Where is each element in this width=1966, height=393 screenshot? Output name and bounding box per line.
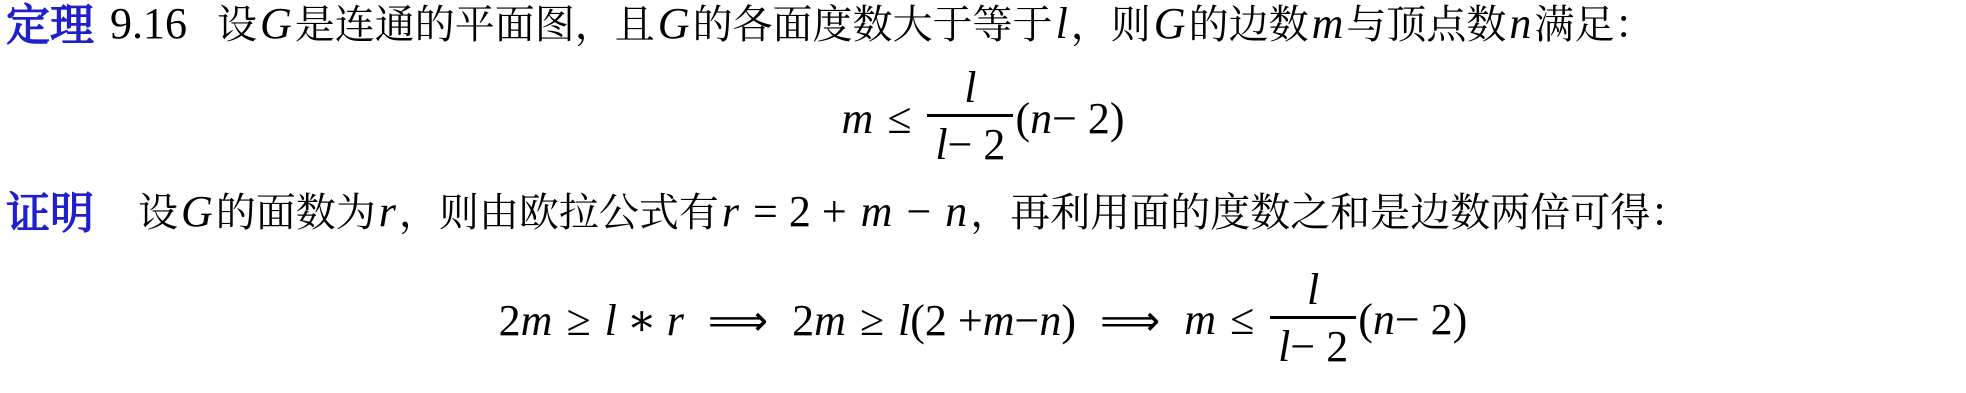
den-rest: − 2 xyxy=(1290,323,1348,371)
text-segment-math: m xyxy=(1309,0,1347,48)
var-r: r xyxy=(667,295,684,346)
formula-var-m: m xyxy=(841,93,873,144)
implies-arrow: ⟹ xyxy=(1100,296,1160,345)
text-segment-cn: ，则由欧拉公式有 xyxy=(399,190,719,235)
fraction: l l − 2 xyxy=(927,66,1013,169)
text-segment-op: − xyxy=(895,187,942,236)
text-segment-math: l xyxy=(1053,0,1071,48)
den-var: l xyxy=(1278,323,1290,371)
var-l: l xyxy=(605,295,617,346)
proof-step-1: 2m ≥ l ∗ r xyxy=(499,295,684,346)
proof-display-formula: 2m ≥ l ∗ r ⟹ 2m ≥ l(2 + m − n) ⟹ m ≤ l l… xyxy=(0,250,1966,390)
fraction-denominator: l − 2 xyxy=(1270,316,1356,371)
text-segment-cn: 的各面度数大于等于 xyxy=(693,2,1053,47)
theorem-statement-line: 定理9.16设G是连通的平面图，且G的各面度数大于等于l，则G的边数m与顶点数n… xyxy=(6,0,1960,52)
proof-step-3: m ≤ l l − 2 ( n − 2) xyxy=(1184,268,1467,371)
theorem-display-formula: m ≤ l l − 2 ( n − 2) xyxy=(0,58,1966,178)
text-segment-math: r xyxy=(719,187,742,236)
den-rest: − 2 xyxy=(948,121,1006,169)
text-segment-cn: 满足： xyxy=(1534,2,1654,47)
proof-text: 设G的面数为r，则由欧拉公式有r = 2 + m − n，再利用面的度数之和是边… xyxy=(138,190,1690,235)
proof-step-2: 2m ≥ l(2 + m − n) xyxy=(792,295,1076,346)
var-m: m xyxy=(521,295,553,346)
text-segment-math: G xyxy=(1151,0,1189,48)
var-n: n xyxy=(1373,294,1395,345)
open-paren: ( xyxy=(1015,93,1030,144)
text-segment-cn: ，再利用面的度数之和是边数两倍可得： xyxy=(970,190,1690,235)
text-segment-cn: 的面数为 xyxy=(216,190,376,235)
text-segment-cn: 设 xyxy=(217,2,257,47)
text-segment-math: G xyxy=(655,0,693,48)
text-segment-cn: 设 xyxy=(138,190,178,235)
open-paren: ( xyxy=(1358,294,1373,345)
theorem-label: 定理 xyxy=(6,0,94,52)
text-segment-cn: 的边数 xyxy=(1189,2,1309,47)
geq-symbol: ≥ xyxy=(860,295,884,346)
theorem-number: 9.16 xyxy=(110,0,187,48)
text-segment-math: m xyxy=(858,187,896,236)
minus-op: − xyxy=(1015,295,1040,346)
text-segment-op: = 2 + xyxy=(742,187,858,236)
var-n: n xyxy=(1039,295,1061,346)
open-expr: (2 + xyxy=(910,295,982,346)
tail-rest: − 2) xyxy=(1395,294,1467,345)
var-m: m xyxy=(1184,294,1216,345)
close-paren: ) xyxy=(1061,295,1076,346)
coeff-2: 2 xyxy=(792,295,814,346)
document-page: 定理9.16设G是连通的平面图，且G的各面度数大于等于l，则G的边数m与顶点数n… xyxy=(0,0,1966,393)
var-m: m xyxy=(983,295,1015,346)
formula-var-n: n xyxy=(1030,93,1052,144)
geq-symbol: ≥ xyxy=(566,295,590,346)
var-l: l xyxy=(898,295,910,346)
leq-symbol: ≤ xyxy=(1230,294,1254,345)
theorem-statement-text: 设G是连通的平面图，且G的各面度数大于等于l，则G的边数m与顶点数n满足： xyxy=(217,2,1654,47)
tail-rest: − 2) xyxy=(1052,93,1124,144)
fraction-denominator: l − 2 xyxy=(927,114,1013,169)
implies-arrow: ⟹ xyxy=(708,296,768,345)
proof-label: 证明 xyxy=(6,188,94,240)
proof-line: 证明设G的面数为r，则由欧拉公式有r = 2 + m − n，再利用面的度数之和… xyxy=(6,186,1960,240)
fraction-numerator: l xyxy=(1297,268,1329,316)
coeff-2: 2 xyxy=(499,295,521,346)
den-var: l xyxy=(935,121,947,169)
text-segment-cn: 是连通的平面图，且 xyxy=(295,2,655,47)
text-segment-math: r xyxy=(376,187,399,236)
fraction-numerator: l xyxy=(954,66,986,114)
text-segment-math: G xyxy=(257,0,295,48)
leq-symbol: ≤ xyxy=(887,93,911,144)
text-segment-cn: ，则 xyxy=(1071,2,1151,47)
text-segment-math: G xyxy=(178,187,216,236)
text-segment-math: n xyxy=(1506,0,1534,48)
var-m: m xyxy=(814,295,846,346)
text-segment-cn: 与顶点数 xyxy=(1346,2,1506,47)
fraction: l l − 2 xyxy=(1270,268,1356,371)
ast-operator: ∗ xyxy=(627,295,657,346)
text-segment-math: n xyxy=(942,187,970,236)
